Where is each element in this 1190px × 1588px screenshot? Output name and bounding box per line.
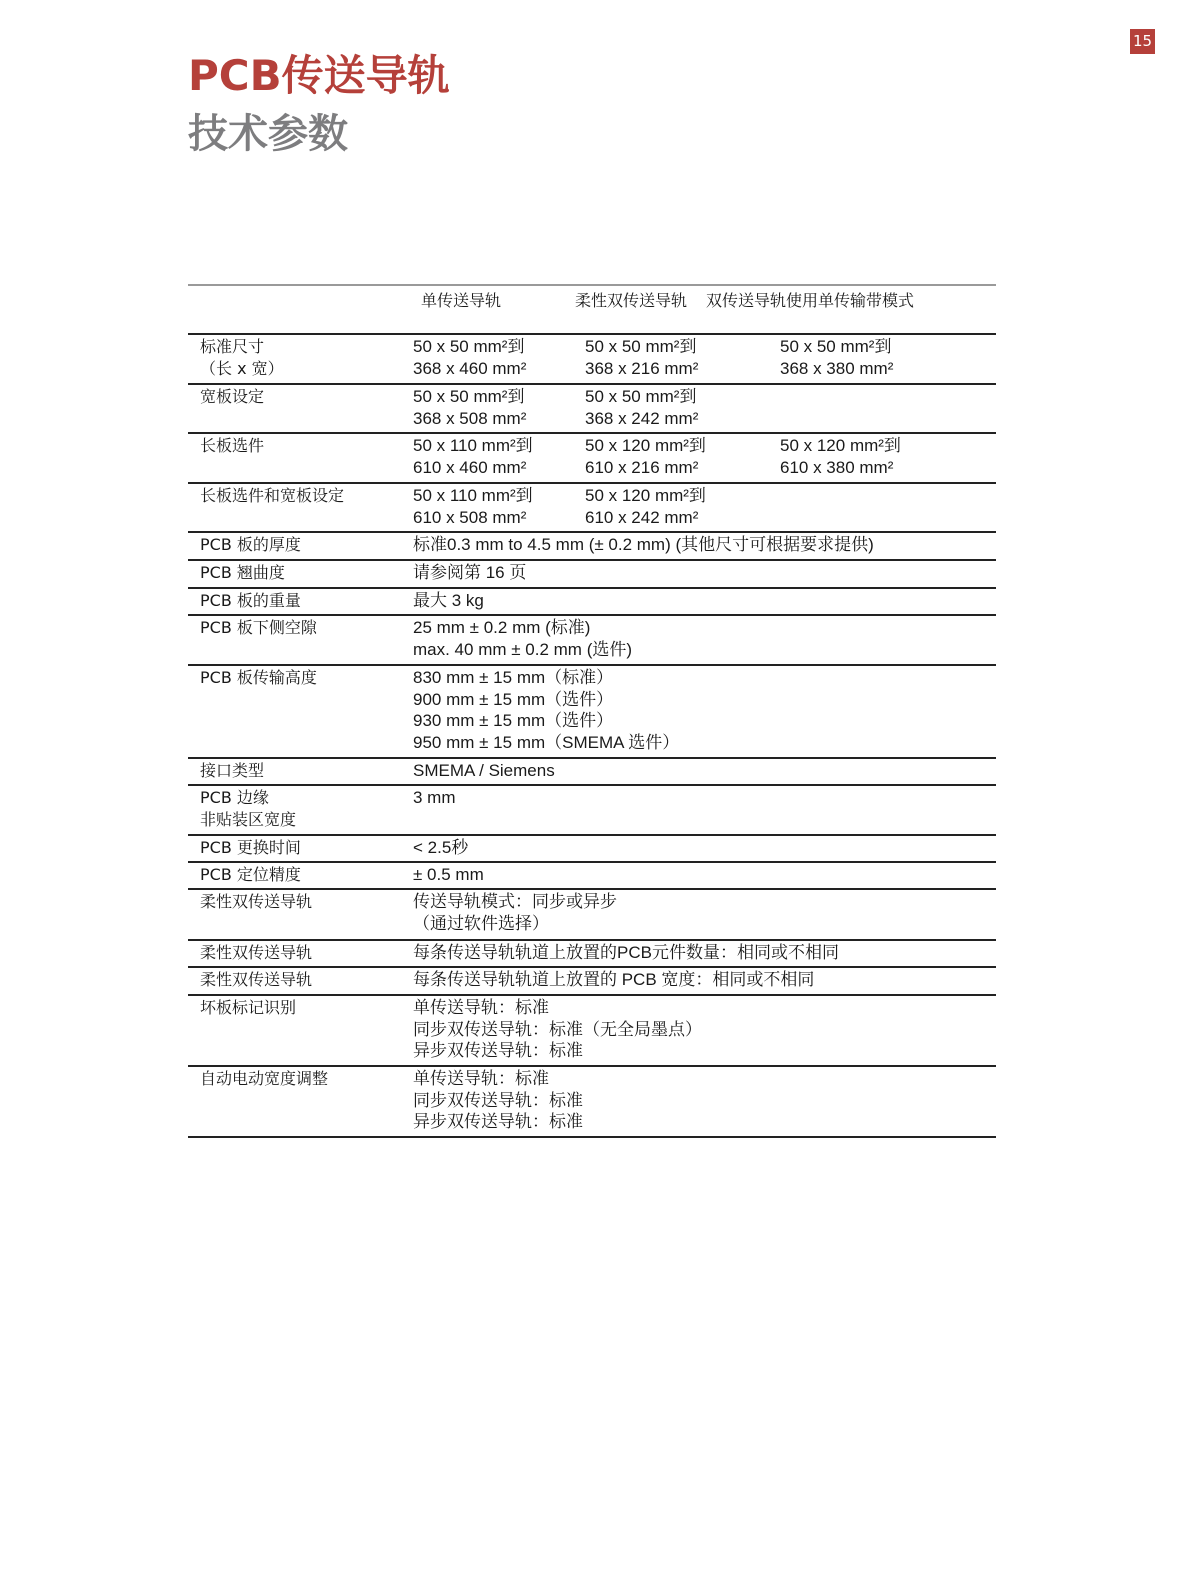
cell-value: 单传送导轨：标准 xyxy=(413,1068,549,1090)
row-label: 长板选件 xyxy=(200,435,264,457)
header-single-conveyor: 单传送导轨 xyxy=(421,290,501,312)
page-subtitle: 技术参数 xyxy=(188,108,348,160)
row-rule xyxy=(188,757,996,759)
cell-value: 610 x 460 mm² xyxy=(413,457,526,479)
cell-value: 830 mm ± 15 mm（标准） xyxy=(413,667,613,689)
row-label: PCB 板传输高度 xyxy=(200,667,317,689)
cell-value: 50 x 120 mm²到 xyxy=(780,435,901,457)
row-label: 坏板标记识别 xyxy=(200,997,296,1019)
row-label: 长板选件和宽板设定 xyxy=(200,485,344,507)
cell-value: 25 mm ± 0.2 mm (标准) xyxy=(413,617,590,639)
cell-value: 50 x 50 mm²到 xyxy=(585,386,696,408)
row-label: PCB 板的厚度 xyxy=(200,534,301,556)
row-rule xyxy=(188,888,996,890)
table-top-rule xyxy=(188,284,996,286)
row-rule xyxy=(188,664,996,666)
cell-value: 3 mm xyxy=(413,787,456,809)
row-label: PCB 翘曲度 xyxy=(200,562,285,584)
row-label: 柔性双传送导轨 xyxy=(200,942,312,964)
cell-value: 50 x 50 mm²到 xyxy=(585,336,696,358)
cell-value: 每条传送导轨轨道上放置的 PCB 宽度：相同或不相同 xyxy=(413,969,814,991)
cell-value: 标准0.3 mm to 4.5 mm (± 0.2 mm) (其他尺寸可根据要求… xyxy=(413,534,874,556)
cell-value: 610 x 380 mm² xyxy=(780,457,893,479)
row-label: 宽板设定 xyxy=(200,386,264,408)
cell-value: 610 x 242 mm² xyxy=(585,507,698,529)
cell-value: 同步双传送导轨：标准 xyxy=(413,1090,583,1112)
row-rule xyxy=(188,834,996,836)
row-rule xyxy=(188,994,996,996)
cell-value: 50 x 120 mm²到 xyxy=(585,435,706,457)
cell-value: ± 0.5 mm xyxy=(413,864,484,886)
row-rule xyxy=(188,1065,996,1067)
row-label: PCB 更换时间 xyxy=(200,837,301,859)
row-label: PCB 板下侧空隙 xyxy=(200,617,317,639)
row-label: PCB 定位精度 xyxy=(200,864,301,886)
cell-value: 50 x 50 mm²到 xyxy=(413,336,524,358)
row-label: 接口类型 xyxy=(200,760,264,782)
cell-value: 每条传送导轨轨道上放置的PCB元件数量：相同或不相同 xyxy=(413,942,839,964)
cell-value: < 2.5秒 xyxy=(413,837,468,859)
cell-value: 900 mm ± 15 mm（选件） xyxy=(413,689,613,711)
page-title: PCB传送导轨 xyxy=(188,50,450,102)
cell-value: 50 x 50 mm²到 xyxy=(413,386,524,408)
cell-value: SMEMA / Siemens xyxy=(413,760,555,782)
cell-value: 368 x 380 mm² xyxy=(780,358,893,380)
row-rule xyxy=(188,1136,996,1138)
cell-value: 368 x 508 mm² xyxy=(413,408,526,430)
cell-value: 传送导轨模式：同步或异步 xyxy=(413,891,617,913)
row-rule xyxy=(188,482,996,484)
cell-value: （通过软件选择） xyxy=(413,913,549,935)
header-dual-single-mode: 双传送导轨使用单传输带模式 xyxy=(706,290,914,312)
row-rule xyxy=(188,587,996,589)
cell-value: 368 x 242 mm² xyxy=(585,408,698,430)
row-rule xyxy=(188,939,996,941)
cell-value: 610 x 508 mm² xyxy=(413,507,526,529)
cell-value: 最大 3 kg xyxy=(413,590,484,612)
cell-value: 50 x 120 mm²到 xyxy=(585,485,706,507)
cell-value: 610 x 216 mm² xyxy=(585,457,698,479)
cell-value: 368 x 216 mm² xyxy=(585,358,698,380)
row-label: PCB 边缘 xyxy=(200,787,269,809)
cell-value: 异步双传送导轨：标准 xyxy=(413,1111,583,1133)
page-number-badge: 15 xyxy=(1130,29,1155,54)
row-rule xyxy=(188,383,996,385)
row-rule xyxy=(188,531,996,533)
row-label: （长 x 宽） xyxy=(200,358,284,380)
row-label: 标准尺寸 xyxy=(200,336,264,358)
cell-value: 368 x 460 mm² xyxy=(413,358,526,380)
row-rule xyxy=(188,333,996,335)
row-label: 自动电动宽度调整 xyxy=(200,1068,328,1090)
header-flex-dual-conveyor: 柔性双传送导轨 xyxy=(575,290,687,312)
cell-value: 950 mm ± 15 mm（SMEMA 选件） xyxy=(413,732,679,754)
row-rule xyxy=(188,432,996,434)
row-rule xyxy=(188,614,996,616)
row-label: 非贴装区宽度 xyxy=(200,809,296,831)
cell-value: 50 x 50 mm²到 xyxy=(780,336,891,358)
row-label: 柔性双传送导轨 xyxy=(200,891,312,913)
cell-value: 50 x 110 mm²到 xyxy=(413,485,533,507)
cell-value: max. 40 mm ± 0.2 mm (选件) xyxy=(413,639,632,661)
cell-value: 异步双传送导轨：标准 xyxy=(413,1040,583,1062)
cell-value: 单传送导轨：标准 xyxy=(413,997,549,1019)
cell-value: 同步双传送导轨：标准（无全局墨点） xyxy=(413,1019,702,1041)
cell-value: 930 mm ± 15 mm（选件） xyxy=(413,710,613,732)
row-label: 柔性双传送导轨 xyxy=(200,969,312,991)
row-label: PCB 板的重量 xyxy=(200,590,301,612)
row-rule xyxy=(188,861,996,863)
row-rule xyxy=(188,784,996,786)
row-rule xyxy=(188,966,996,968)
row-rule xyxy=(188,559,996,561)
cell-value: 请参阅第 16 页 xyxy=(413,562,526,584)
cell-value: 50 x 110 mm²到 xyxy=(413,435,533,457)
